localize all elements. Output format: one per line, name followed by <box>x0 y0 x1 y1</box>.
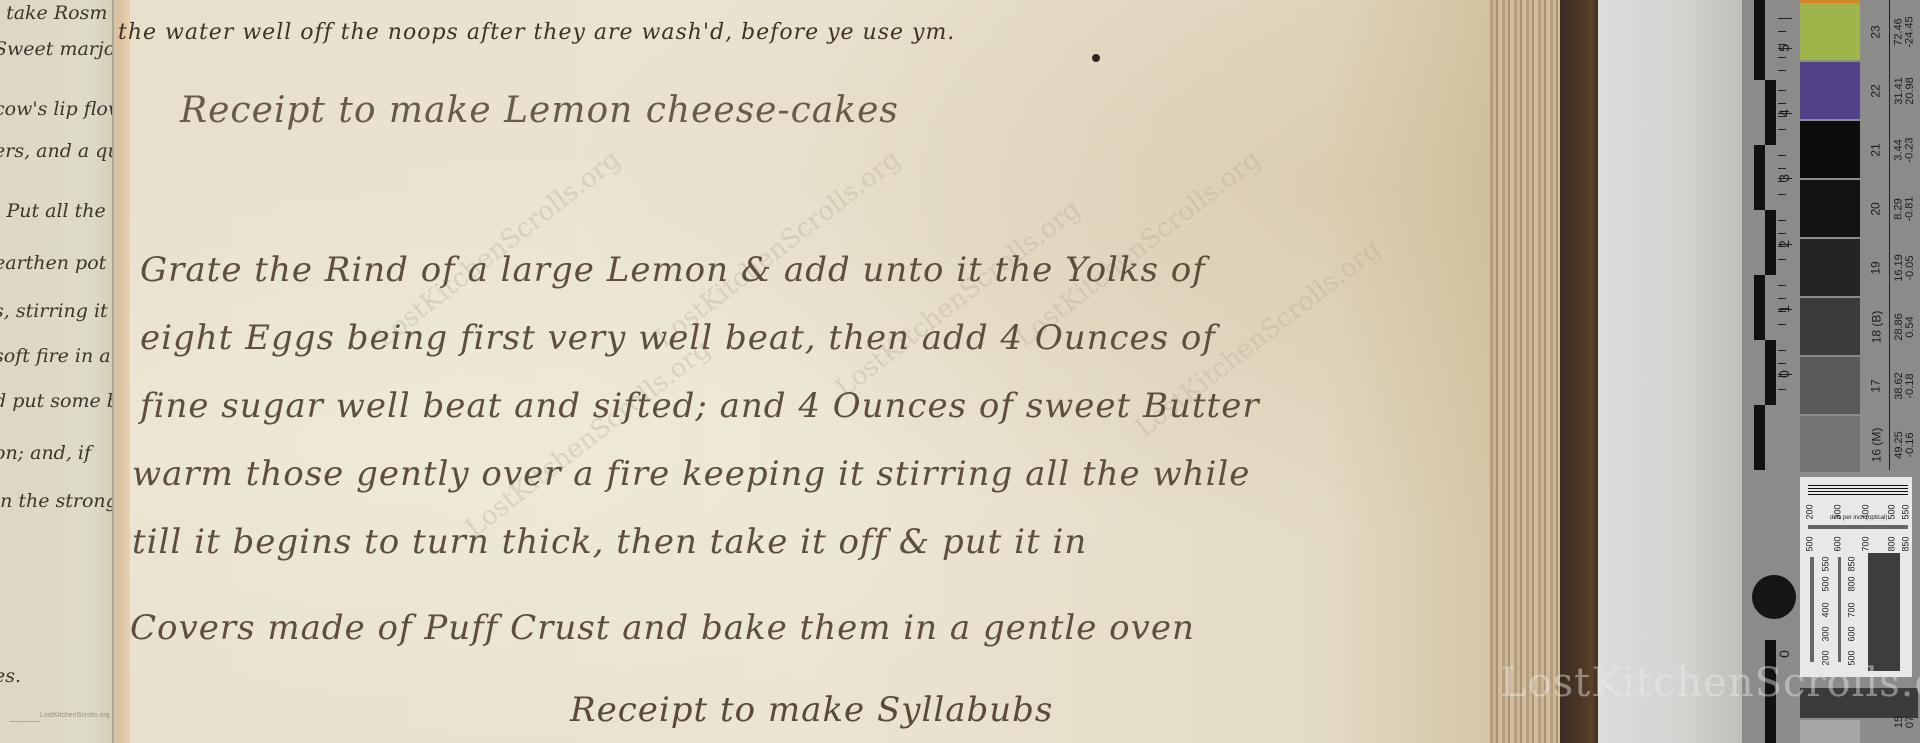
page-block-edges <box>1490 0 1570 743</box>
left-page-line: d put some b <box>0 390 114 412</box>
site-watermark: LostKitchenScrolls.org <box>1500 660 1920 706</box>
recipe-line: till it begins to turn thick, then take … <box>132 522 1087 562</box>
registration-dot-icon <box>1752 575 1796 619</box>
patch-id: 17 <box>1862 357 1890 415</box>
diagonal-watermark: LostKitchenScrolls.org <box>830 194 1086 403</box>
recipe-title-lemon-cheesecakes: Receipt to make Lemon cheese-cakes <box>180 90 899 131</box>
patch-id: 16 (M) <box>1862 416 1890 474</box>
recipe-line: fine sugar well beat and sifted; and 4 O… <box>140 386 1260 426</box>
color-patch-18 <box>1800 298 1860 355</box>
color-patch-23 <box>1800 3 1860 60</box>
patch-lab-values: 8.29-0.81 <box>1890 180 1920 238</box>
patch-lab-values: 49.25-0.16 <box>1890 416 1920 474</box>
color-patch-17 <box>1800 357 1860 414</box>
ink-spot <box>1092 54 1100 62</box>
dpi-caption: dots per inch (optical) <box>1830 515 1887 521</box>
patch-lab-values: 31.4120.98 <box>1890 62 1920 120</box>
left-page-line: ers, and a qu <box>0 140 114 162</box>
recipe-line: Grate the Rind of a large Lemon & add un… <box>140 250 1206 290</box>
previous-recipe-last-line: the water well off the noops after they … <box>118 20 955 45</box>
patch-lab-values: 16.19-0.05 <box>1890 239 1920 297</box>
color-calibration-target: 5 4 3 2 1 0 23 22 21 20 19 18 (B) 17 16 … <box>1742 0 1920 743</box>
scan-backdrop <box>1598 0 1742 743</box>
patch-id: 19 <box>1862 239 1890 297</box>
patch-lab-values: 38.62-0.18 <box>1890 357 1920 415</box>
patch-lab-values: 3.44-0.23 <box>1890 121 1920 179</box>
logo-caption: LostKitchenScrolls.org <box>40 712 110 719</box>
patch-id: 22 <box>1862 62 1890 120</box>
recipe-line: eight Eggs being first very well beat, t… <box>140 318 1216 358</box>
color-patch-16 <box>1800 416 1860 472</box>
patch-lab-values: 72.46-24.45 <box>1890 3 1920 61</box>
ruler-scale-labels: 5 4 3 2 1 0 <box>1778 0 1800 540</box>
patch-id: 18 (B) <box>1862 298 1890 356</box>
color-patch-20 <box>1800 180 1860 237</box>
left-page-line: earthen pot w <box>0 252 114 274</box>
left-page-line: s, stirring it w <box>0 300 114 322</box>
dpi-resolution-card: 200 300 400 500 550 dots per inch (optic… <box>1800 477 1912 677</box>
light-gray-patch <box>1800 720 1860 743</box>
left-page-line: in the strong <box>0 490 114 512</box>
ruler-number: 0 <box>1776 650 1792 658</box>
color-patch-19 <box>1800 239 1860 296</box>
scale-ruler <box>1754 0 1776 540</box>
left-page-line: , take Rosm <box>0 2 107 24</box>
recipe-line: Covers made of Puff Crust and bake them … <box>130 608 1195 648</box>
left-facing-page: , take Rosm Sweet marjoram, cow's lip fl… <box>0 0 114 743</box>
recipe-line: warm those gently over a fire keeping it… <box>132 454 1250 494</box>
patch-id: 20 <box>1862 180 1890 238</box>
left-page-line: cow's lip flowers, <box>0 98 114 120</box>
color-patch-21 <box>1800 121 1860 178</box>
manuscript-page: LostKitchenScrolls.org LostKitchenScroll… <box>130 0 1490 743</box>
recipe-title-syllabubs: Receipt to make Syllabubs <box>570 690 1053 730</box>
patch-id: 21 <box>1862 121 1890 179</box>
left-page-line: es. <box>0 665 21 687</box>
left-page-line: soft fire in a <box>0 345 111 367</box>
book-cover-edge <box>1560 0 1598 743</box>
diagonal-watermark: LostKitchenScrolls.org <box>460 334 716 543</box>
color-patch-22 <box>1800 62 1860 119</box>
patch-id: 23 <box>1862 3 1890 61</box>
patch-lab-values: 1507 <box>1890 700 1920 743</box>
spatula-logo-icon <box>10 705 40 722</box>
left-page-line: ; Put all the <box>0 200 106 222</box>
page-edge <box>112 0 114 743</box>
left-page-line: on; and, if <box>0 442 91 464</box>
patch-lab-values: 28.860.54 <box>1890 298 1920 356</box>
left-page-line: Sweet marjoram, <box>0 38 114 60</box>
